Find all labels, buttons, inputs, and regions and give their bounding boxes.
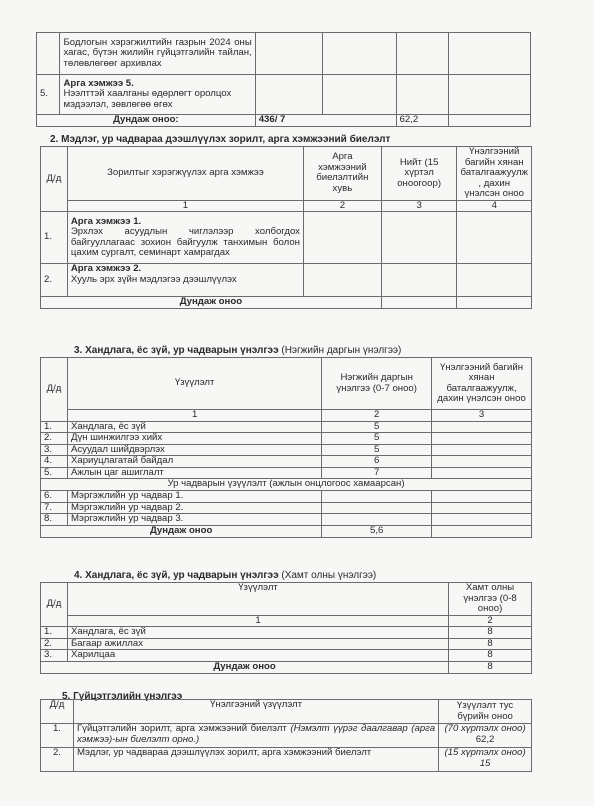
score-value: 8 [449, 650, 532, 662]
reviewed-score [432, 502, 532, 514]
header-row: Д/д Үзүүлэлт Нэгжийн даргын үнэлгээ (0-7… [41, 358, 532, 410]
section-4-heading: 4. Хандлага, ёс зүй, ур чадварын үнэлгээ… [74, 570, 376, 581]
criterion-cell: Мэдлэг, ур чадвараа дээшлүүлэх зорилт, а… [73, 748, 438, 772]
reviewed-score [432, 514, 532, 526]
average-ratio: 436/ 7 [255, 115, 396, 127]
criterion-label: Ажлын цаг ашиглалт [67, 467, 321, 479]
table-row: 6.Мэргэжлийн ур чадвар 1. [41, 491, 532, 503]
score-value: 5 [322, 444, 432, 456]
average-value: 62,2 [396, 115, 448, 127]
reviewed-score [432, 421, 532, 433]
table-row: 3.Харилцаа8 [41, 650, 532, 662]
table-row: 1. Арга хэмжээ 1.Эрхлэх асуудлын чиглэлэ… [41, 212, 532, 264]
score-value: 5 [322, 421, 432, 433]
section-3-heading: 3. Хандлага, ёс зүй, ур чадварын үнэлгээ… [74, 345, 401, 356]
table-row: Бодлогын хэрэгжилтийн газрын 2024 оны ха… [37, 33, 531, 75]
table-row: 2.Мэдлэг, ур чадвараа дээшлүүлэх зорилт,… [41, 748, 532, 772]
column-number-row: 1 2 3 4 [41, 200, 532, 212]
score-value: 5 [322, 433, 432, 445]
table-row: 5. Арга хэмжээ 5.Нээлттэй хаалганы өдөрл… [37, 75, 531, 115]
criterion-label: Хандлага, ёс зүй [67, 421, 321, 433]
criterion-label: Мэргэжлийн ур чадвар 3. [67, 514, 321, 526]
score-value [322, 514, 432, 526]
row-number: 7. [41, 502, 68, 514]
row-number: 5. [37, 75, 60, 115]
row-number: 3. [41, 650, 68, 662]
column-number-row: 1 2 3 [41, 410, 532, 422]
header-row: Д/д Үзүүлэлт Хамт олны үнэлгээ (0-8 оноо… [41, 583, 532, 616]
row-number: 2. [41, 264, 68, 297]
header-row: Д/д Зорилтыг хэрэгжүүлэх арга хэмжээ Арг… [41, 147, 532, 201]
activity-cell: Бодлогын хэрэгжилтийн газрын 2024 оны ха… [60, 33, 255, 75]
performance-summary-table: Д/д Үнэлгээний үзүүлэлт Үзүүлэлт тус бүр… [40, 699, 532, 772]
header-total: Нийт (15 хүртэл оноогоор) [381, 147, 457, 201]
average-label: Дундаж оноо: [37, 115, 256, 127]
header-num: Д/д [41, 147, 68, 212]
average-row: Дундаж оноо 5,6 [41, 525, 532, 537]
criterion-label: Мэргэжлийн ур чадвар 1. [67, 491, 321, 503]
performance-table-continued: Бодлогын хэрэгжилтийн газрын 2024 оны ха… [36, 32, 531, 127]
table-row: 1.Хандлага, ёс зүй8 [41, 627, 532, 639]
criterion-cell: Гүйцэтгэлийн зорилт, арга хэмжээний биел… [73, 724, 438, 748]
reviewed-score [432, 456, 532, 468]
header-completion: Арга хэмжээний биелэлтийн хувь [303, 147, 381, 201]
row-number: 5. [41, 467, 68, 479]
score-value [322, 502, 432, 514]
row-number: 1. [41, 724, 74, 748]
criterion-label: Багаар ажиллах [67, 638, 448, 650]
score-value: 6 [322, 456, 432, 468]
table-row: 8.Мэргэжлийн ур чадвар 3. [41, 514, 532, 526]
row-number: 1. [41, 212, 68, 264]
header-activity: Зорилтыг хэрэгжүүлэх арга хэмжээ [67, 147, 303, 201]
criterion-label: Хариуцлагатай байдал [67, 456, 321, 468]
average-label: Дундаж оноо [41, 297, 382, 309]
row-number: 4. [41, 456, 68, 468]
table-row: 2. Арга хэмжээ 2.Хууль эрх зүйн мэдлэгээ… [41, 264, 532, 297]
table-row: 1.Хандлага, ёс зүй5 [41, 421, 532, 433]
column-number-row: 1 2 [41, 615, 532, 627]
average-row: Дундаж оноо 8 [41, 661, 532, 673]
row-number: 1. [41, 627, 68, 639]
row-number: 3. [41, 444, 68, 456]
table-row: 2.Багаар ажиллах8 [41, 638, 532, 650]
row-number: 2. [41, 433, 68, 445]
row-number [37, 33, 60, 75]
table-row: 4.Хариуцлагатай байдал6 [41, 456, 532, 468]
row-number: 8. [41, 514, 68, 526]
score-value: 8 [449, 627, 532, 639]
section-2-heading: 2. Мэдлэг, ур чадвараа дээшлүүлэх зорилт… [50, 134, 390, 145]
average-row: Дундаж оноо: 436/ 7 62,2 [37, 115, 531, 127]
subheader-row: Ур чадварын үзүүлэлт (ажлын онцлогоос ха… [41, 479, 532, 491]
activity-cell: Арга хэмжээ 2.Хууль эрх зүйн мэдлэгээ дэ… [67, 264, 303, 297]
average-row: Дундаж оноо [41, 297, 532, 309]
score-value: 7 [322, 467, 432, 479]
row-number: 2. [41, 638, 68, 650]
attitude-table-supervisor: Д/д Үзүүлэлт Нэгжийн даргын үнэлгээ (0-7… [40, 357, 532, 538]
criterion-label: Дүн шинжилгээ хийх [67, 433, 321, 445]
reviewed-score [432, 467, 532, 479]
score-value [322, 491, 432, 503]
score-value: 8 [449, 638, 532, 650]
header-row: Д/д Үнэлгээний үзүүлэлт Үзүүлэлт тус бүр… [41, 700, 532, 724]
criterion-label: Харилцаа [67, 650, 448, 662]
table-row: 2.Дүн шинжилгээ хийх5 [41, 433, 532, 445]
row-number: 2. [41, 748, 74, 772]
criterion-label: Асуудал шийдвэрлэх [67, 444, 321, 456]
knowledge-table: Д/д Зорилтыг хэрэгжүүлэх арга хэмжээ Арг… [40, 146, 532, 309]
criterion-label: Мэргэжлийн ур чадвар 2. [67, 502, 321, 514]
activity-cell: Арга хэмжээ 1.Эрхлэх асуудлын чиглэлээр … [67, 212, 303, 264]
table-row: 1.Гүйцэтгэлийн зорилт, арга хэмжээний би… [41, 724, 532, 748]
row-number: 1. [41, 421, 68, 433]
score-cell: (70 хүртэлх оноо)62,2 [439, 724, 532, 748]
attitude-table-colleagues: Д/д Үзүүлэлт Хамт олны үнэлгээ (0-8 оноо… [40, 582, 532, 674]
reviewed-score [432, 491, 532, 503]
row-number: 6. [41, 491, 68, 503]
table-row: 7.Мэргэжлийн ур чадвар 2. [41, 502, 532, 514]
header-team-score: Үнэлгээний багийн хянан баталгаажуулж , … [457, 147, 532, 201]
reviewed-score [432, 444, 532, 456]
score-cell: (15 хүртэлх оноо)15 [439, 748, 532, 772]
criterion-label: Хандлага, ёс зүй [67, 627, 448, 639]
reviewed-score [432, 433, 532, 445]
table-row: 3.Асуудал шийдвэрлэх5 [41, 444, 532, 456]
table-row: 5.Ажлын цаг ашиглалт7 [41, 467, 532, 479]
activity-cell: Арга хэмжээ 5.Нээлттэй хаалганы өдөрлөгт… [60, 75, 255, 115]
